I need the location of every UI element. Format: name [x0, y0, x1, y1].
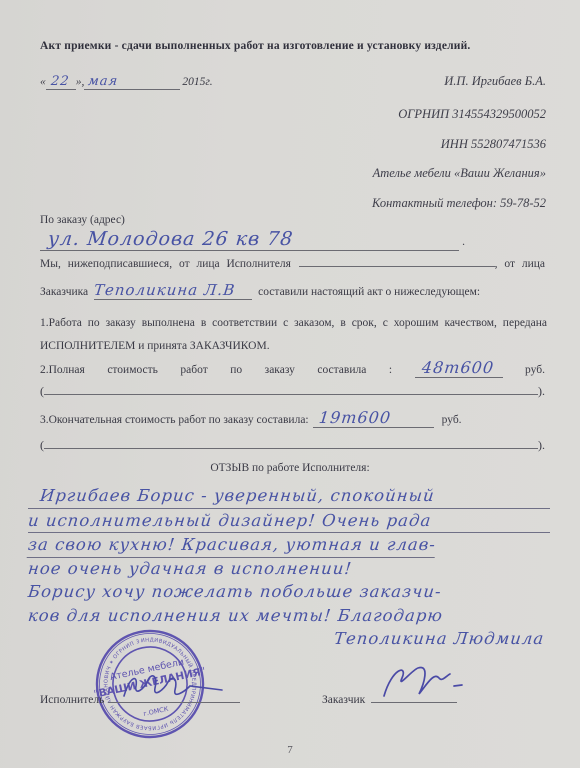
review-line-5: Борису хочу пожелать побольше заказчи-: [27, 580, 443, 604]
review-line-2: и исполнительный дизайнер! Очень рада: [27, 509, 433, 533]
order-address-label: По заказу (адрес): [40, 214, 125, 226]
clause2-word: по: [230, 364, 242, 376]
clause2-word: работ: [180, 364, 207, 376]
clause2-unit: руб.: [525, 364, 545, 376]
clause2-word: стоимость: [107, 364, 158, 376]
clause2-word: 2.Полная: [40, 364, 85, 376]
review-line-1: Иргибаев Борис - уверенный, спокойный: [27, 484, 436, 508]
review-signoff-handwritten: Теполикина Людмила: [332, 627, 545, 651]
order-address-handwritten: ул. Молодова 26 кв 78: [47, 228, 295, 250]
paren-close: ).: [538, 384, 545, 399]
clause2-word: заказу: [265, 364, 295, 376]
blank-line: [44, 394, 538, 395]
clause2-word: составила: [317, 364, 366, 376]
parties-line2-tail: составили настоящий акт о нижеследующем:: [258, 286, 480, 298]
date-close-quote: »,: [76, 76, 85, 88]
date-line: « 22 », мая 2015г.: [40, 74, 260, 90]
parties-line-1: Мы, нижеподписавшиеся, от лица Исполните…: [40, 258, 545, 270]
review-line-6: ков для исполнения их мечты! Благодарю: [27, 604, 444, 628]
contractor-company: Ателье мебели «Ваши Желания»: [373, 166, 546, 181]
address-terminator: .: [459, 236, 465, 248]
customer-name-handwritten: Теполикина Л.В: [93, 281, 236, 299]
clause3-unit: руб.: [442, 414, 462, 426]
contractor-inn: ИНН 552807471536: [441, 137, 546, 152]
executor-signature: [120, 666, 230, 706]
review-handwritten-block: Иргибаев Борис - уверенный, спокойный и …: [28, 484, 550, 651]
clause2-word: :: [389, 364, 392, 376]
contractor-name: И.П. Иргибаев Б.А.: [444, 74, 546, 89]
clause2-amount-handwritten: 48т600: [421, 358, 495, 377]
contractor-ogrnip: ОГРНИП 314554329500052: [398, 107, 546, 122]
customer-label: Заказчика: [40, 286, 88, 298]
clause-1-text: 1.Работа по заказу выполнена в соответст…: [40, 312, 547, 358]
parties-line1-tail: , от лица: [495, 258, 545, 270]
order-address-field: ул. Молодова 26 кв 78 .: [40, 228, 465, 251]
page-number: 7: [0, 744, 580, 756]
clause3-amount-handwritten: 19т600: [318, 408, 392, 427]
executor-label: Исполнитель: [40, 694, 104, 706]
customer-label: Заказчик: [322, 694, 365, 706]
blank-line: [44, 448, 538, 449]
clause3-text: 3.Окончательная стоимость работ по заказ…: [40, 414, 309, 426]
review-heading: ОТЗЫВ по работе Исполнителя:: [0, 462, 580, 474]
date-month-handwritten: мая: [88, 74, 120, 89]
stamp-city: г.ОМСК: [143, 705, 170, 718]
review-line-4: ное очень удачная в исполнении!: [27, 557, 354, 581]
date-day-handwritten: 22: [51, 74, 71, 89]
clause-2-row: 2.Полная стоимость работ по заказу соста…: [40, 358, 545, 378]
parties-line-2: Заказчика Теполикина Л.В составили насто…: [40, 281, 545, 300]
customer-signature: [378, 660, 468, 704]
document-title: Акт приемки - сдачи выполненных работ на…: [40, 40, 545, 52]
clause-3-row: 3.Окончательная стоимость работ по заказ…: [40, 408, 480, 428]
date-year: 2015г.: [180, 76, 212, 88]
paren-open: (: [40, 438, 44, 453]
parties-line1-text: Мы, нижеподписавшиеся, от лица Исполните…: [40, 258, 291, 270]
paren-open: (: [40, 384, 44, 399]
paren-close: ).: [538, 438, 545, 453]
executor-name-blank: [299, 266, 495, 267]
clause-2-written-amount-blank: ( ).: [40, 384, 545, 399]
review-line-3: за свою кухню! Красивая, уютная и глав-: [27, 533, 437, 558]
clause-3-written-amount-blank: ( ).: [40, 438, 545, 453]
contractor-phone: Контактный телефон: 59-78-52: [372, 196, 546, 211]
document-sheet: Акт приемки - сдачи выполненных работ на…: [0, 0, 580, 768]
